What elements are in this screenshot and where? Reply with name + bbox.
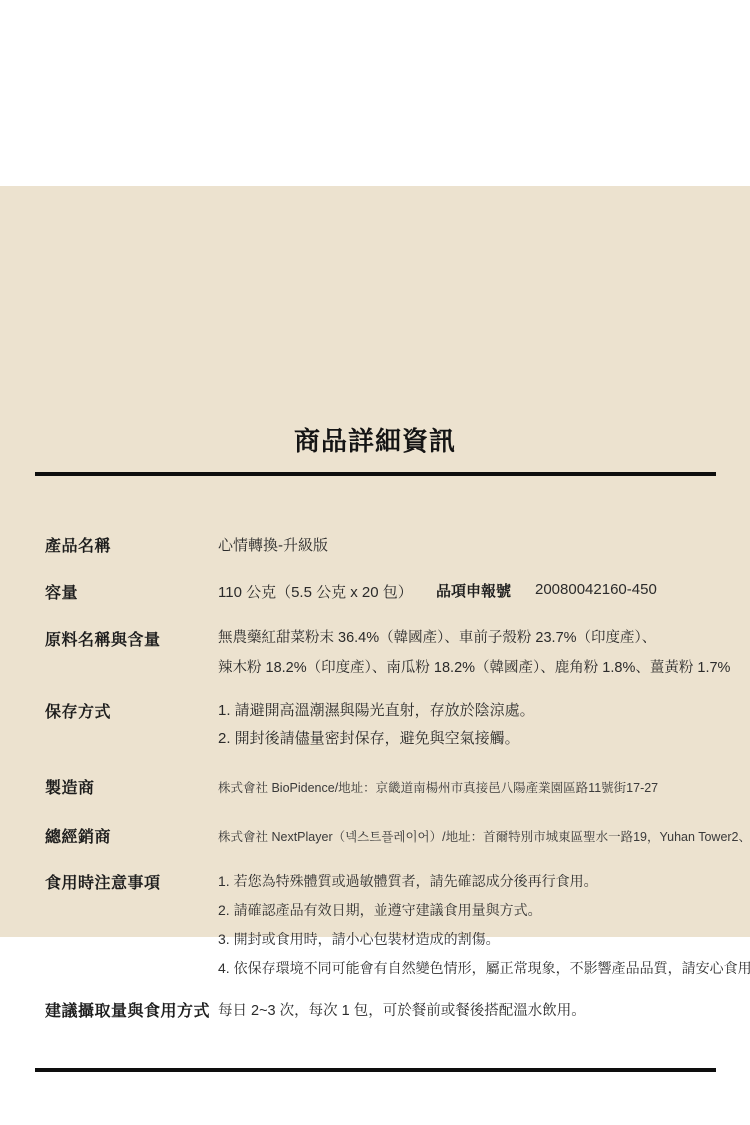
panel-title: 商品詳細資訊 xyxy=(0,426,750,456)
label-manufacturer: 製造商 xyxy=(45,775,95,798)
value-capacity: 110 公克（5.5 公克 x 20 包） xyxy=(218,581,413,602)
value-manufacturer: 株式會社 BioPidence/地址：京畿道南楊州市真接邑八陽產業園區路11號街… xyxy=(218,778,658,796)
ingredients-line-1: 無農藥紅甜菜粉末 36.4%（韓國產）、車前子殼粉 23.7%（印度產）、 xyxy=(218,623,730,653)
label-storage: 保存方式 xyxy=(45,699,111,722)
value-cautions: 1. 若您為特殊體質或過敏體質者，請先確認成分後再行食用。 2. 請確認產品有效… xyxy=(218,867,750,983)
label-product-name: 產品名稱 xyxy=(45,533,111,556)
product-detail-panel: 商品詳細資訊 產品名稱 心情轉換-升級版 容量 110 公克（5.5 公克 x … xyxy=(0,186,750,937)
value-ingredients: 無農藥紅甜菜粉末 36.4%（韓國產）、車前子殼粉 23.7%（印度產）、 辣木… xyxy=(218,623,730,683)
value-report-number: 20080042160-450 xyxy=(535,581,657,598)
caution-line-1: 1. 若您為特殊體質或過敏體質者，請先確認成分後再行食用。 xyxy=(218,867,750,896)
label-ingredients: 原料名稱與含量 xyxy=(45,627,161,650)
label-cautions: 食用時注意事項 xyxy=(45,870,161,893)
caution-line-4: 4. 依保存環境不同可能會有自然變色情形，屬正常現象，不影響產品品質，請安心食用… xyxy=(218,954,750,983)
value-product-name: 心情轉換-升級版 xyxy=(218,534,328,555)
label-recommended-intake: 建議攝取量與食用方式 xyxy=(45,998,210,1021)
label-capacity: 容量 xyxy=(45,580,78,603)
value-recommended-intake: 每日 2~3 次，每次 1 包，可於餐前或餐後搭配溫水飲用。 xyxy=(218,999,586,1020)
value-storage: 1. 請避開高溫潮濕與陽光直射，存放於陰涼處。 2. 開封後請儘量密封保存，避免… xyxy=(218,697,535,753)
top-divider xyxy=(35,472,716,476)
value-distributor: 株式會社 NextPlayer（넥스트플레이어）/地址：首爾特別市城東區聖水一路… xyxy=(218,827,750,845)
label-report-number: 品項申報號 xyxy=(436,580,511,601)
page: 商品詳細資訊 產品名稱 心情轉換-升級版 容量 110 公克（5.5 公克 x … xyxy=(0,0,750,1125)
ingredients-line-2: 辣木粉 18.2%（印度產）、南瓜粉 18.2%（韓國產）、鹿角粉 1.8%、薑… xyxy=(218,653,730,683)
caution-line-3: 3. 開封或食用時，請小心包裝材造成的割傷。 xyxy=(218,925,750,954)
storage-line-1: 1. 請避開高溫潮濕與陽光直射，存放於陰涼處。 xyxy=(218,697,535,725)
caution-line-2: 2. 請確認產品有效日期，並遵守建議食用量與方式。 xyxy=(218,896,750,925)
storage-line-2: 2. 開封後請儘量密封保存，避免與空氣接觸。 xyxy=(218,725,535,753)
label-distributor: 總經銷商 xyxy=(45,824,111,847)
bottom-divider xyxy=(35,1068,716,1072)
